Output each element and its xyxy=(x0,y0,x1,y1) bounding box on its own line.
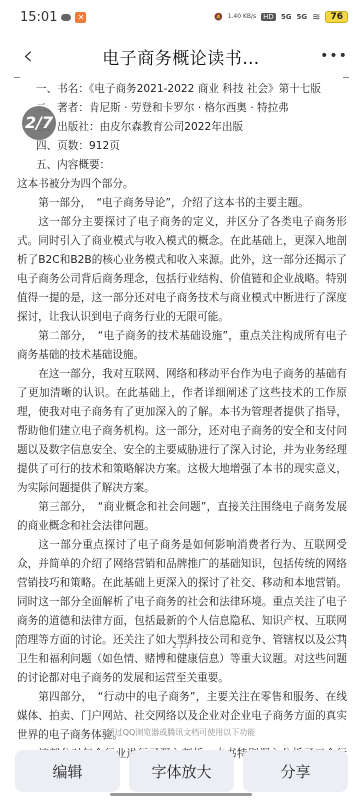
status-right: 🔕 1.40 KB/s HD 5G 5G ≋ 76 xyxy=(214,11,348,23)
action-bar: 编辑 字体放大 分享 xyxy=(15,750,348,792)
meta-pages: 四、页数：912页 xyxy=(17,137,347,156)
status-left: 15:01 ✕ xyxy=(20,10,86,25)
signal-icon-1: 5G xyxy=(281,13,292,21)
meta-publisher: 三、出版社：由皮尔森教育公司2022年出版 xyxy=(17,118,347,137)
paragraph: 在这一部分，我对互联网、网络和移动平台作为电子商务的基础有了更加清晰的认识。在此… xyxy=(17,365,347,498)
status-time: 15:01 xyxy=(20,10,57,25)
network-speed: 1.40 KB/s xyxy=(228,14,256,20)
chevron-left-icon: ‹ xyxy=(23,41,33,71)
more-dots-icon: ••• xyxy=(320,48,348,64)
more-options-button[interactable]: ••• xyxy=(320,44,348,68)
hd-voice-icon: HD xyxy=(261,13,276,21)
page-indicator-badge: 2/7 xyxy=(22,106,56,140)
app-notification-icon: ✕ xyxy=(75,12,86,23)
font-enlarge-button[interactable]: 字体放大 xyxy=(129,750,234,792)
paragraph: 这一部分主要探讨了电子商务的定义，并区分了各类电子商务形式。同时引入了商业模式与… xyxy=(17,213,347,327)
document-page[interactable]: 一、书名：《电子商务2021-2022 商业 科技 社会》第十七版 二、著者：肯… xyxy=(17,80,347,783)
paragraph: 第二部分， “电子商务的技术基础设施”，重点关注构成所有电子商务基础的技术基础设… xyxy=(17,327,347,365)
feature-hint: 通过QQ浏览器或腾讯文档可使用以下功能 xyxy=(0,727,362,738)
app-header: ‹ 电子商务概论读书… ••• xyxy=(0,34,362,78)
paragraph: 第一部分， “电子商务导论”，介绍了这本书的主要主题。 xyxy=(17,194,347,213)
home-indicator[interactable] xyxy=(110,793,252,796)
meta-summary-heading: 五、内容概要： xyxy=(17,156,347,175)
mute-icon: 🔕 xyxy=(214,13,223,21)
wifi-icon: ≋ xyxy=(312,12,320,23)
page-title: 电子商务概论读书… xyxy=(102,44,260,69)
paragraph: 这一部分重点探讨了电子商务是如何影响消费者行为、互联网受众，并简单的介绍了网络营… xyxy=(17,536,347,688)
status-bar: 15:01 ✕ 🔕 1.40 KB/s HD 5G 5G ≋ 76 xyxy=(0,0,362,34)
signal-icon-2: 5G xyxy=(296,13,307,21)
meta-title: 一、书名：《电子商务2021-2022 商业 科技 社会》第十七版 xyxy=(17,80,347,99)
back-button[interactable]: ‹ xyxy=(14,40,42,72)
paragraph: 这本书被分为四个部分。 xyxy=(17,175,347,194)
message-notification-icon xyxy=(61,14,71,21)
share-button[interactable]: 分享 xyxy=(243,750,348,792)
page-number: 2 / 7 xyxy=(0,641,362,650)
edit-button[interactable]: 编辑 xyxy=(15,750,120,792)
meta-author: 二、著者：肯尼斯 · 劳登和卡罗尔 · 格尔西奥 · 特拉弗 xyxy=(17,99,347,118)
paragraph: 第三部分， “商业概念和社会问题”，直接关注围绕电子商务发展的商业概念和社会法律… xyxy=(17,498,347,536)
battery-icon: 76 xyxy=(325,11,348,23)
